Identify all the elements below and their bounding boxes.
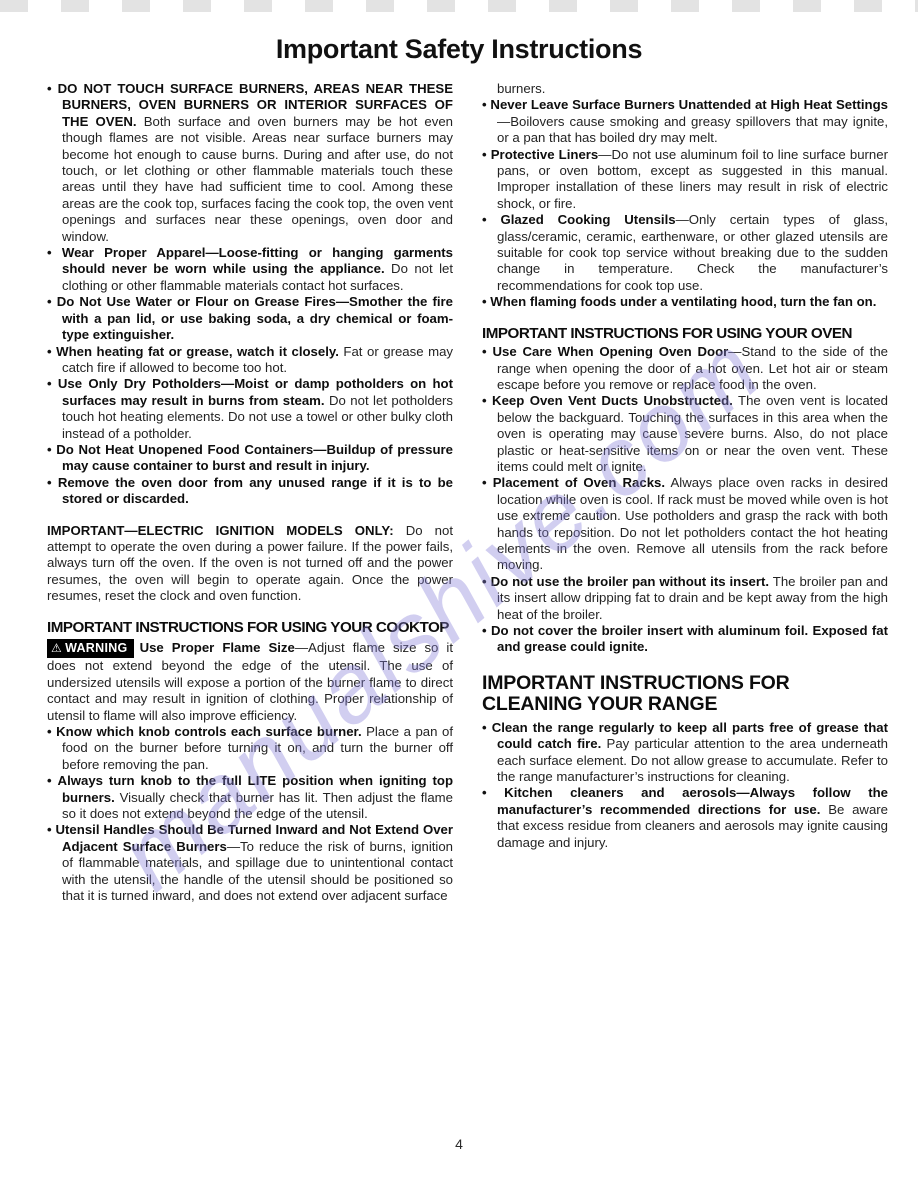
bullet-item: Protective Liners—Do not use aluminum fo… <box>482 147 888 213</box>
bullet-item: Clean the range regularly to keep all pa… <box>482 720 888 786</box>
important-note: IMPORTANT—ELECTRIC IGNITION MODELS ONLY:… <box>47 523 453 605</box>
bullet-item: Kitchen cleaners and aerosols—Always fol… <box>482 785 888 851</box>
bullet-lead-text: Use Proper Flame Size <box>140 640 295 655</box>
bullet-body-text: —Boilovers cause smoking and greasy spil… <box>497 114 888 145</box>
two-column-layout: DO NOT TOUCH SURFACE BURNERS, AREAS NEAR… <box>0 81 918 905</box>
warning-icon: ⚠ <box>51 641 62 655</box>
bullet-item: Keep Oven Vent Ducts Unobstructed. The o… <box>482 393 888 475</box>
bullet-lead-text: Protective Liners <box>491 147 599 162</box>
bullet-lead-text: Know which knob controls each surface bu… <box>56 724 362 739</box>
section-header: IMPORTANT INSTRUCTIONS FOR CLEANING YOUR… <box>482 673 888 716</box>
bullet-lead-text: Do Not Heat Unopened Food Containers—Bui… <box>56 442 453 473</box>
bullet-item: Utensil Handles Should Be Turned Inward … <box>47 822 453 904</box>
page-number: 4 <box>0 1136 918 1152</box>
bullet-item: Never Leave Surface Burners Unattended a… <box>482 97 888 146</box>
right-column: burners.Never Leave Surface Burners Unat… <box>482 81 888 905</box>
bullet-lead-text: When heating fat or grease, watch it clo… <box>56 344 339 359</box>
section-header: IMPORTANT INSTRUCTIONS FOR USING YOUR CO… <box>47 620 453 636</box>
manual-page: { "title": "Important Safety Instruction… <box>0 0 918 1188</box>
bullet-body-text: Both surface and oven burners may be hot… <box>62 114 453 244</box>
bullet-body-text: Visually check that burner has lit. Then… <box>62 790 453 821</box>
bullet-lead-text: Glazed Cooking Utensils <box>501 212 676 227</box>
bullet-item: Wear Proper Apparel—Loose-fitting or han… <box>47 245 453 294</box>
bullet-lead-text: Do not cover the broiler insert with alu… <box>491 623 888 654</box>
bullet-lead-text: Never Leave Surface Burners Unattended a… <box>490 97 888 112</box>
bullet-lead-text: Placement of Oven Racks. <box>493 475 665 490</box>
bullet-lead-text: Use Care When Opening Oven Door <box>492 344 728 359</box>
bullet-item: Use Only Dry Potholders—Moist or damp po… <box>47 376 453 442</box>
bullet-item: When flaming foods under a ventilating h… <box>482 294 888 310</box>
scan-edge-dashes <box>0 0 918 12</box>
bullet-lead-text: Do Not Use Water or Flour on Grease Fire… <box>57 294 453 342</box>
bullet-item: Always turn knob to the full LITE positi… <box>47 773 453 822</box>
bullet-item: DO NOT TOUCH SURFACE BURNERS, AREAS NEAR… <box>47 81 453 245</box>
bullet-item: Do Not Use Water or Flour on Grease Fire… <box>47 294 453 343</box>
bullet-item: Placement of Oven Racks. Always place ov… <box>482 475 888 573</box>
bullet-item: Glazed Cooking Utensils—Only certain typ… <box>482 212 888 294</box>
warning-badge-label: WARNING <box>65 641 128 655</box>
bullet-lead-text: Do not use the broiler pan without its i… <box>491 574 770 589</box>
bullet-item: Remove the oven door from any unused ran… <box>47 475 453 508</box>
warning-paragraph: ⚠WARNINGUse Proper Flame Size—Adjust fla… <box>47 639 453 724</box>
bullet-lead-text: When flaming foods under a ventilating h… <box>490 294 876 309</box>
continuation-line: burners. <box>482 81 888 97</box>
bullet-body-text: burners. <box>497 81 545 96</box>
section-header: IMPORTANT INSTRUCTIONS FOR USING YOUR OV… <box>482 326 888 342</box>
bullet-lead-text: Remove the oven door from any unused ran… <box>58 475 453 506</box>
left-column: DO NOT TOUCH SURFACE BURNERS, AREAS NEAR… <box>47 81 453 905</box>
bullet-item: Do not cover the broiler insert with alu… <box>482 623 888 656</box>
bullet-item: Do not use the broiler pan without its i… <box>482 574 888 623</box>
bullet-lead-text: Keep Oven Vent Ducts Unobstructed. <box>492 393 733 408</box>
bullet-lead-text: IMPORTANT—ELECTRIC IGNITION MODELS ONLY: <box>47 523 394 538</box>
bullet-item: Do Not Heat Unopened Food Containers—Bui… <box>47 442 453 475</box>
warning-badge: ⚠WARNING <box>47 639 134 658</box>
bullet-item: Know which knob controls each surface bu… <box>47 724 453 773</box>
page-title: Important Safety Instructions <box>0 34 918 65</box>
bullet-item: When heating fat or grease, watch it clo… <box>47 344 453 377</box>
bullet-item: Use Care When Opening Oven Door—Stand to… <box>482 344 888 393</box>
